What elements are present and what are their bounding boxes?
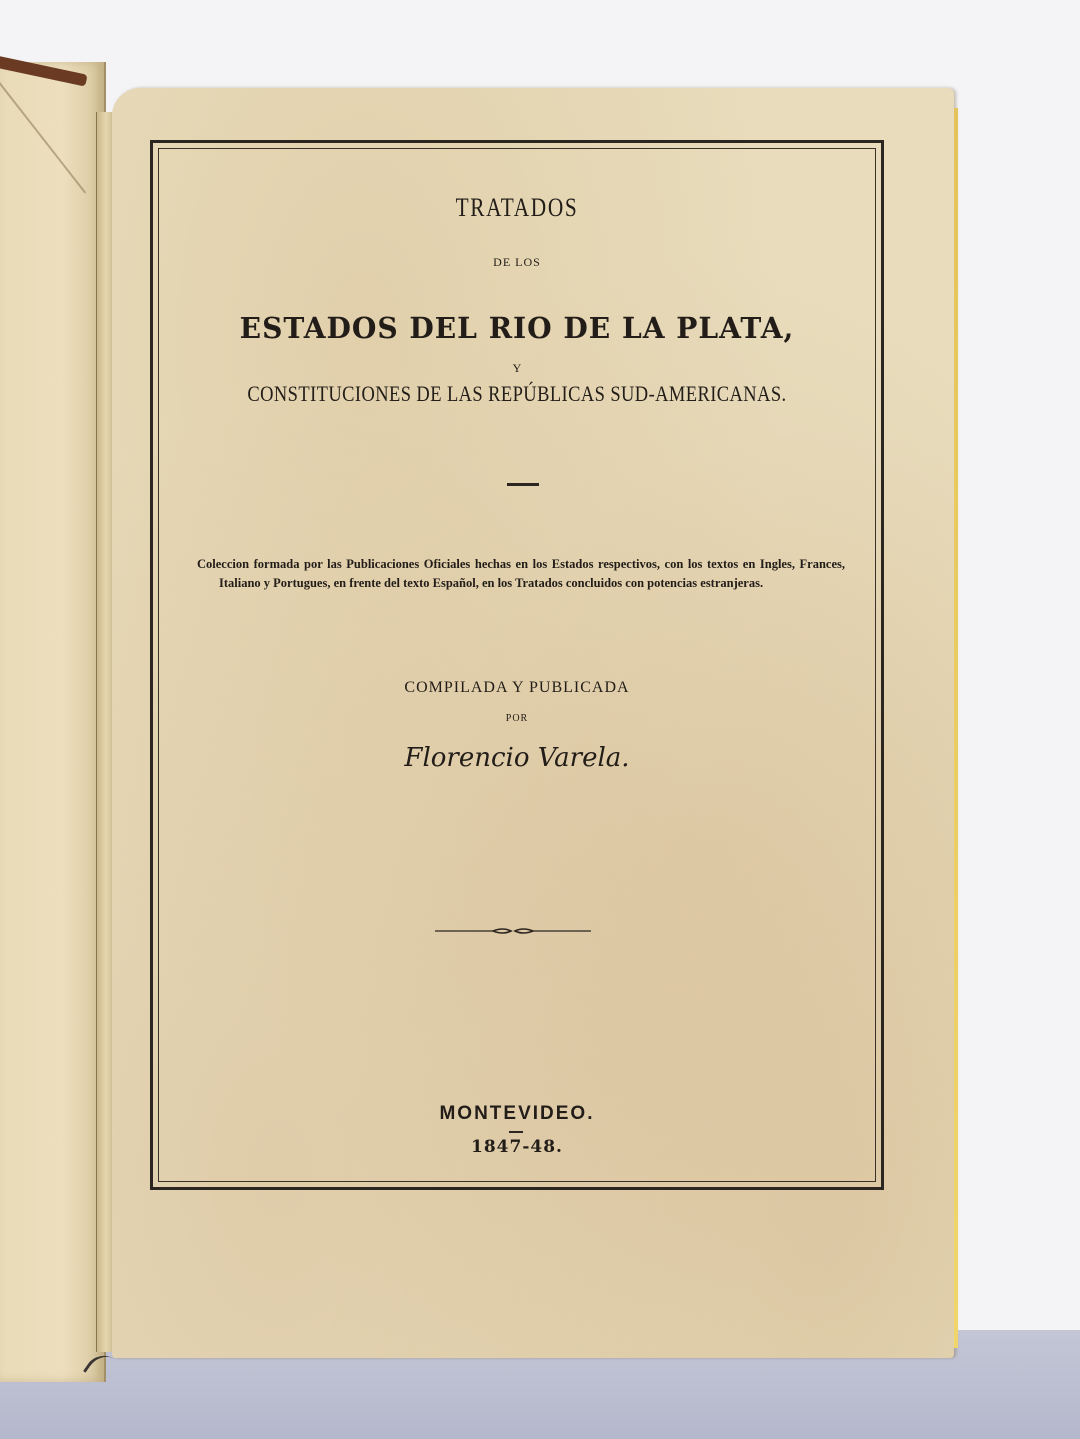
imprint-years: 1847-48. bbox=[153, 1137, 881, 1157]
left-page bbox=[0, 62, 106, 1382]
imprint-place: MONTEVIDEO. bbox=[153, 1103, 881, 1125]
title-tratados: TRATADOS bbox=[219, 193, 816, 223]
author-name: Florencio Varela. bbox=[153, 743, 881, 773]
double-rule-frame: TRATADOS DE LOS ESTADOS DEL RIO DE LA PL… bbox=[150, 140, 884, 1190]
gilt-page-edge bbox=[954, 108, 958, 1348]
title-de-los: DE LOS bbox=[153, 255, 881, 270]
title-page: TRATADOS DE LOS ESTADOS DEL RIO DE LA PL… bbox=[112, 88, 954, 1358]
by-label: POR bbox=[153, 713, 881, 724]
title-constituciones: CONSTITUCIONES DE LAS REPÚBLICAS SUD-AME… bbox=[203, 381, 831, 407]
compiled-label: COMPILADA Y PUBLICADA bbox=[153, 679, 881, 697]
ornament-divider-icon bbox=[433, 925, 593, 937]
title-page-content: TRATADOS DE LOS ESTADOS DEL RIO DE LA PL… bbox=[153, 143, 881, 1187]
short-rule-divider bbox=[507, 483, 539, 486]
title-conjunction: Y bbox=[153, 361, 881, 376]
page-crease bbox=[0, 82, 86, 194]
tiny-rule-divider bbox=[509, 1131, 523, 1133]
description-paragraph: Coleccion formada por las Publicaciones … bbox=[197, 555, 845, 593]
title-main: ESTADOS DEL RIO DE LA PLATA, bbox=[164, 311, 870, 345]
